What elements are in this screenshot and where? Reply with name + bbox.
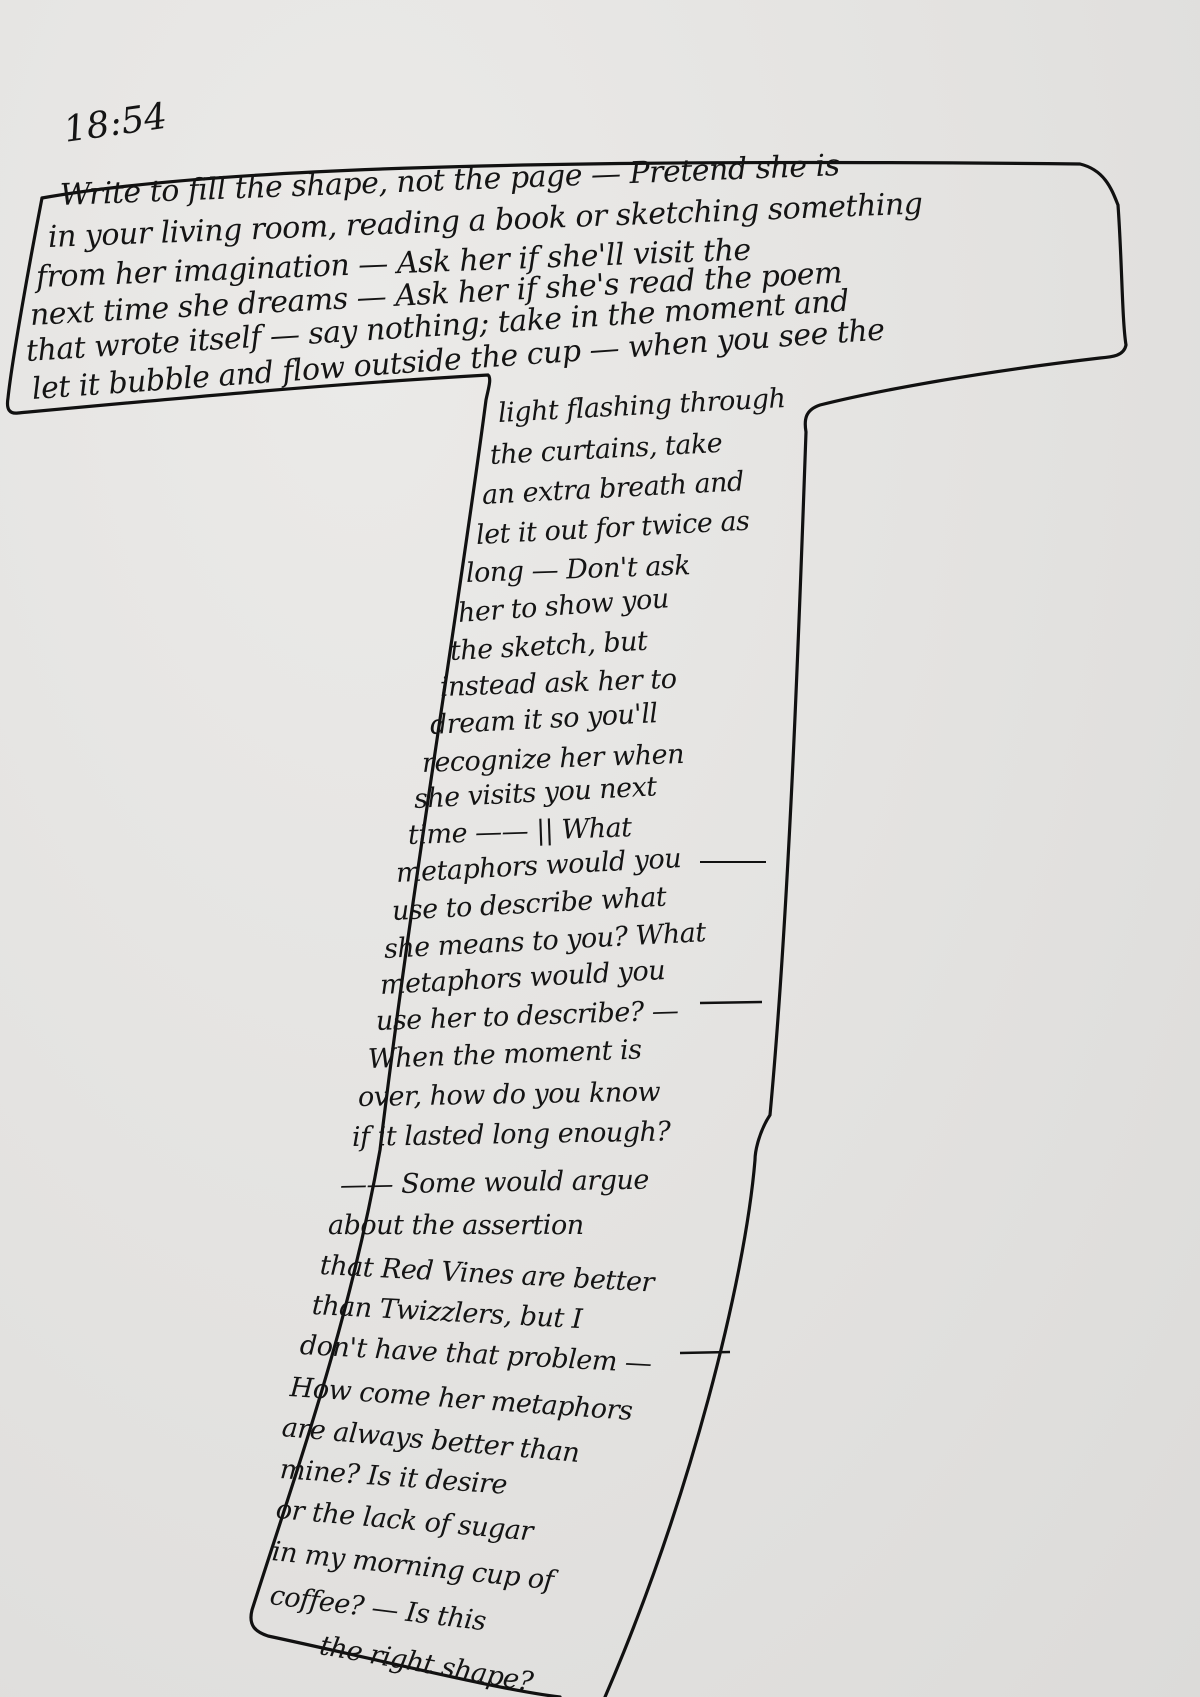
handwritten-line: about the assertion [328, 1210, 584, 1241]
handwritten-line: if it lasted long enough? [352, 1116, 671, 1153]
handwritten-line: over, how do you know [358, 1077, 661, 1113]
handwritten-line: —— Some would argue [340, 1165, 649, 1201]
